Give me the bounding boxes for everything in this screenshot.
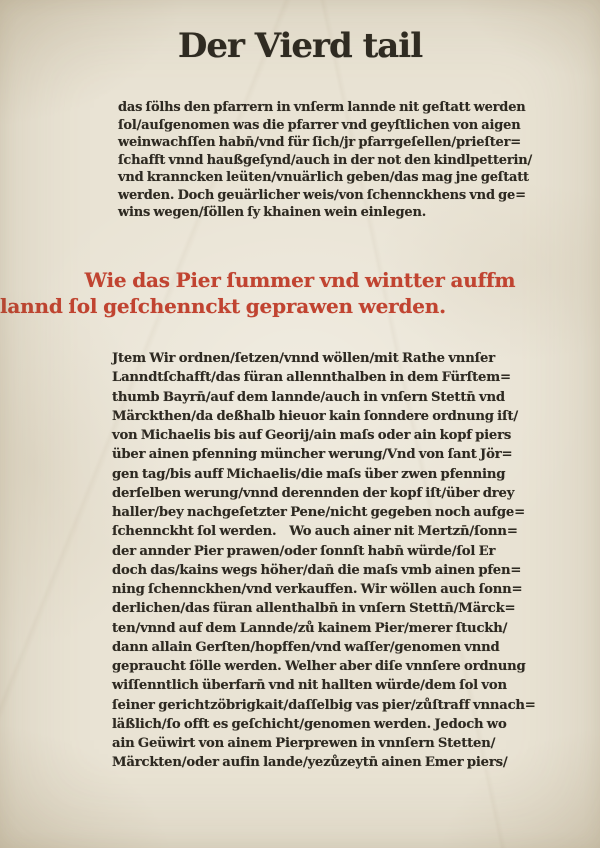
text-line: gen tag/bis auff Michaelis/die maſs über… [112, 465, 495, 484]
text-line: derlichen/das füran allenthalbn̄ in vnſe… [112, 599, 495, 618]
text-line: das ſölhs den pfarrern in vnſerm lannde … [118, 99, 492, 117]
text-line: über ainen pfenning müncher werung/Vnd v… [112, 445, 495, 464]
text-line: ſchennckht ſol werden. Wo auch ainer nit… [112, 522, 495, 541]
text-line: wiſſenntlich überfarn̄ vnd nit hallten w… [112, 676, 495, 695]
text-line: ning ſchennckhen/vnd verkauffen. Wir wöl… [112, 580, 495, 599]
text-line: ſchafft vnnd haußgeſynd/auch in der not … [118, 152, 492, 170]
text-line: lannd ſol geſchennckt geprawen werden. [0, 294, 600, 320]
text-line: Jtem Wir ordnen/ſetzen/vnnd wöllen/mit R… [112, 349, 495, 368]
rubric-heading: Wie das Pier ſummer vnd wintter auffmlan… [0, 268, 600, 319]
text-line: Märckthen/da deßhalb hieuor kain ſonnder… [112, 407, 495, 426]
text-line: haller/bey nachgeſetzter Pene/nicht gege… [112, 503, 495, 522]
text-line: vnd kranncken leüten/vnuärlich geben/das… [118, 169, 492, 187]
text-line: ten/vnnd auf dem Lannde/zů kainem Pier/m… [112, 619, 495, 638]
main-paragraph: Jtem Wir ordnen/ſetzen/vnnd wöllen/mit R… [112, 349, 495, 773]
text-line: Märckten/oder aufin lande/yezůzeytn̄ ain… [112, 753, 495, 772]
text-line: ſeiner gerichtzöbrigkait/daſſelbig vas p… [112, 696, 495, 715]
text-line: gepraucht ſölle werden. Welher aber diſe… [112, 657, 495, 676]
text-line: dann allain Gerſten/hopffen/vnd waſſer/g… [112, 638, 495, 657]
text-line: Lanndtſchafft/das füran allennthalben in… [112, 368, 495, 387]
manuscript-page: { "colors": { "paper": "#e9e3d4", "ink":… [0, 0, 600, 848]
text-line: doch das/kains wegs höher/dan̄ die maſs … [112, 561, 495, 580]
text-line: thumb Bayrn̄/auf dem lannde/auch in vnſe… [112, 388, 495, 407]
text-line: ain Geüwirt von ainem Pierprewen in vnnſ… [112, 734, 495, 753]
text-line: ſol/auſgenomen was die pfarrer vnd geyſt… [118, 117, 492, 135]
text-line: werden. Doch geuärlicher weis/von ſchenn… [118, 187, 492, 205]
text-line: läßlich/ſo offt es geſchicht/genomen wer… [112, 715, 495, 734]
page-title: Der Vierd tail [0, 26, 600, 66]
text-line: weinwachſſen habn̄/vnd für ſich/jr pfarr… [118, 134, 492, 152]
text-line: wins wegen/ſöllen ſy khainen wein einleg… [118, 204, 492, 222]
intro-paragraph: das ſölhs den pfarrern in vnſerm lannde … [118, 99, 492, 222]
text-line: von Michaelis bis auf Georij/ain maſs od… [112, 426, 495, 445]
text-line: der annder Pier prawen/oder ſonnſt habn̄… [112, 542, 495, 561]
text-line: derſelben werung/vnnd derennden der kopf… [112, 484, 495, 503]
text-line: Wie das Pier ſummer vnd wintter auffm [0, 268, 600, 294]
